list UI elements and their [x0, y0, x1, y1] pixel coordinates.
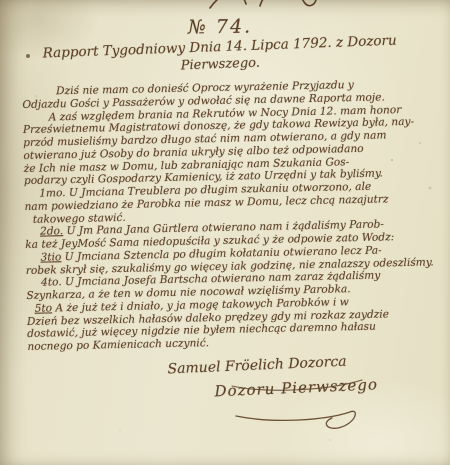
top-edge-flourish-icon — [208, 0, 318, 10]
report-body: Dziś nie mam co donieść Oprocz wyrażenie… — [22, 77, 446, 353]
ordinal-label: 2do. — [40, 225, 63, 237]
signature-flourish-icon — [230, 372, 380, 432]
ordinal-label: 5to — [35, 302, 53, 314]
ordinal-label: 3tio — [40, 251, 61, 263]
manuscript-page: № 74. Rapport Tygodniowy Dnia 14. Lipca … — [0, 0, 450, 465]
